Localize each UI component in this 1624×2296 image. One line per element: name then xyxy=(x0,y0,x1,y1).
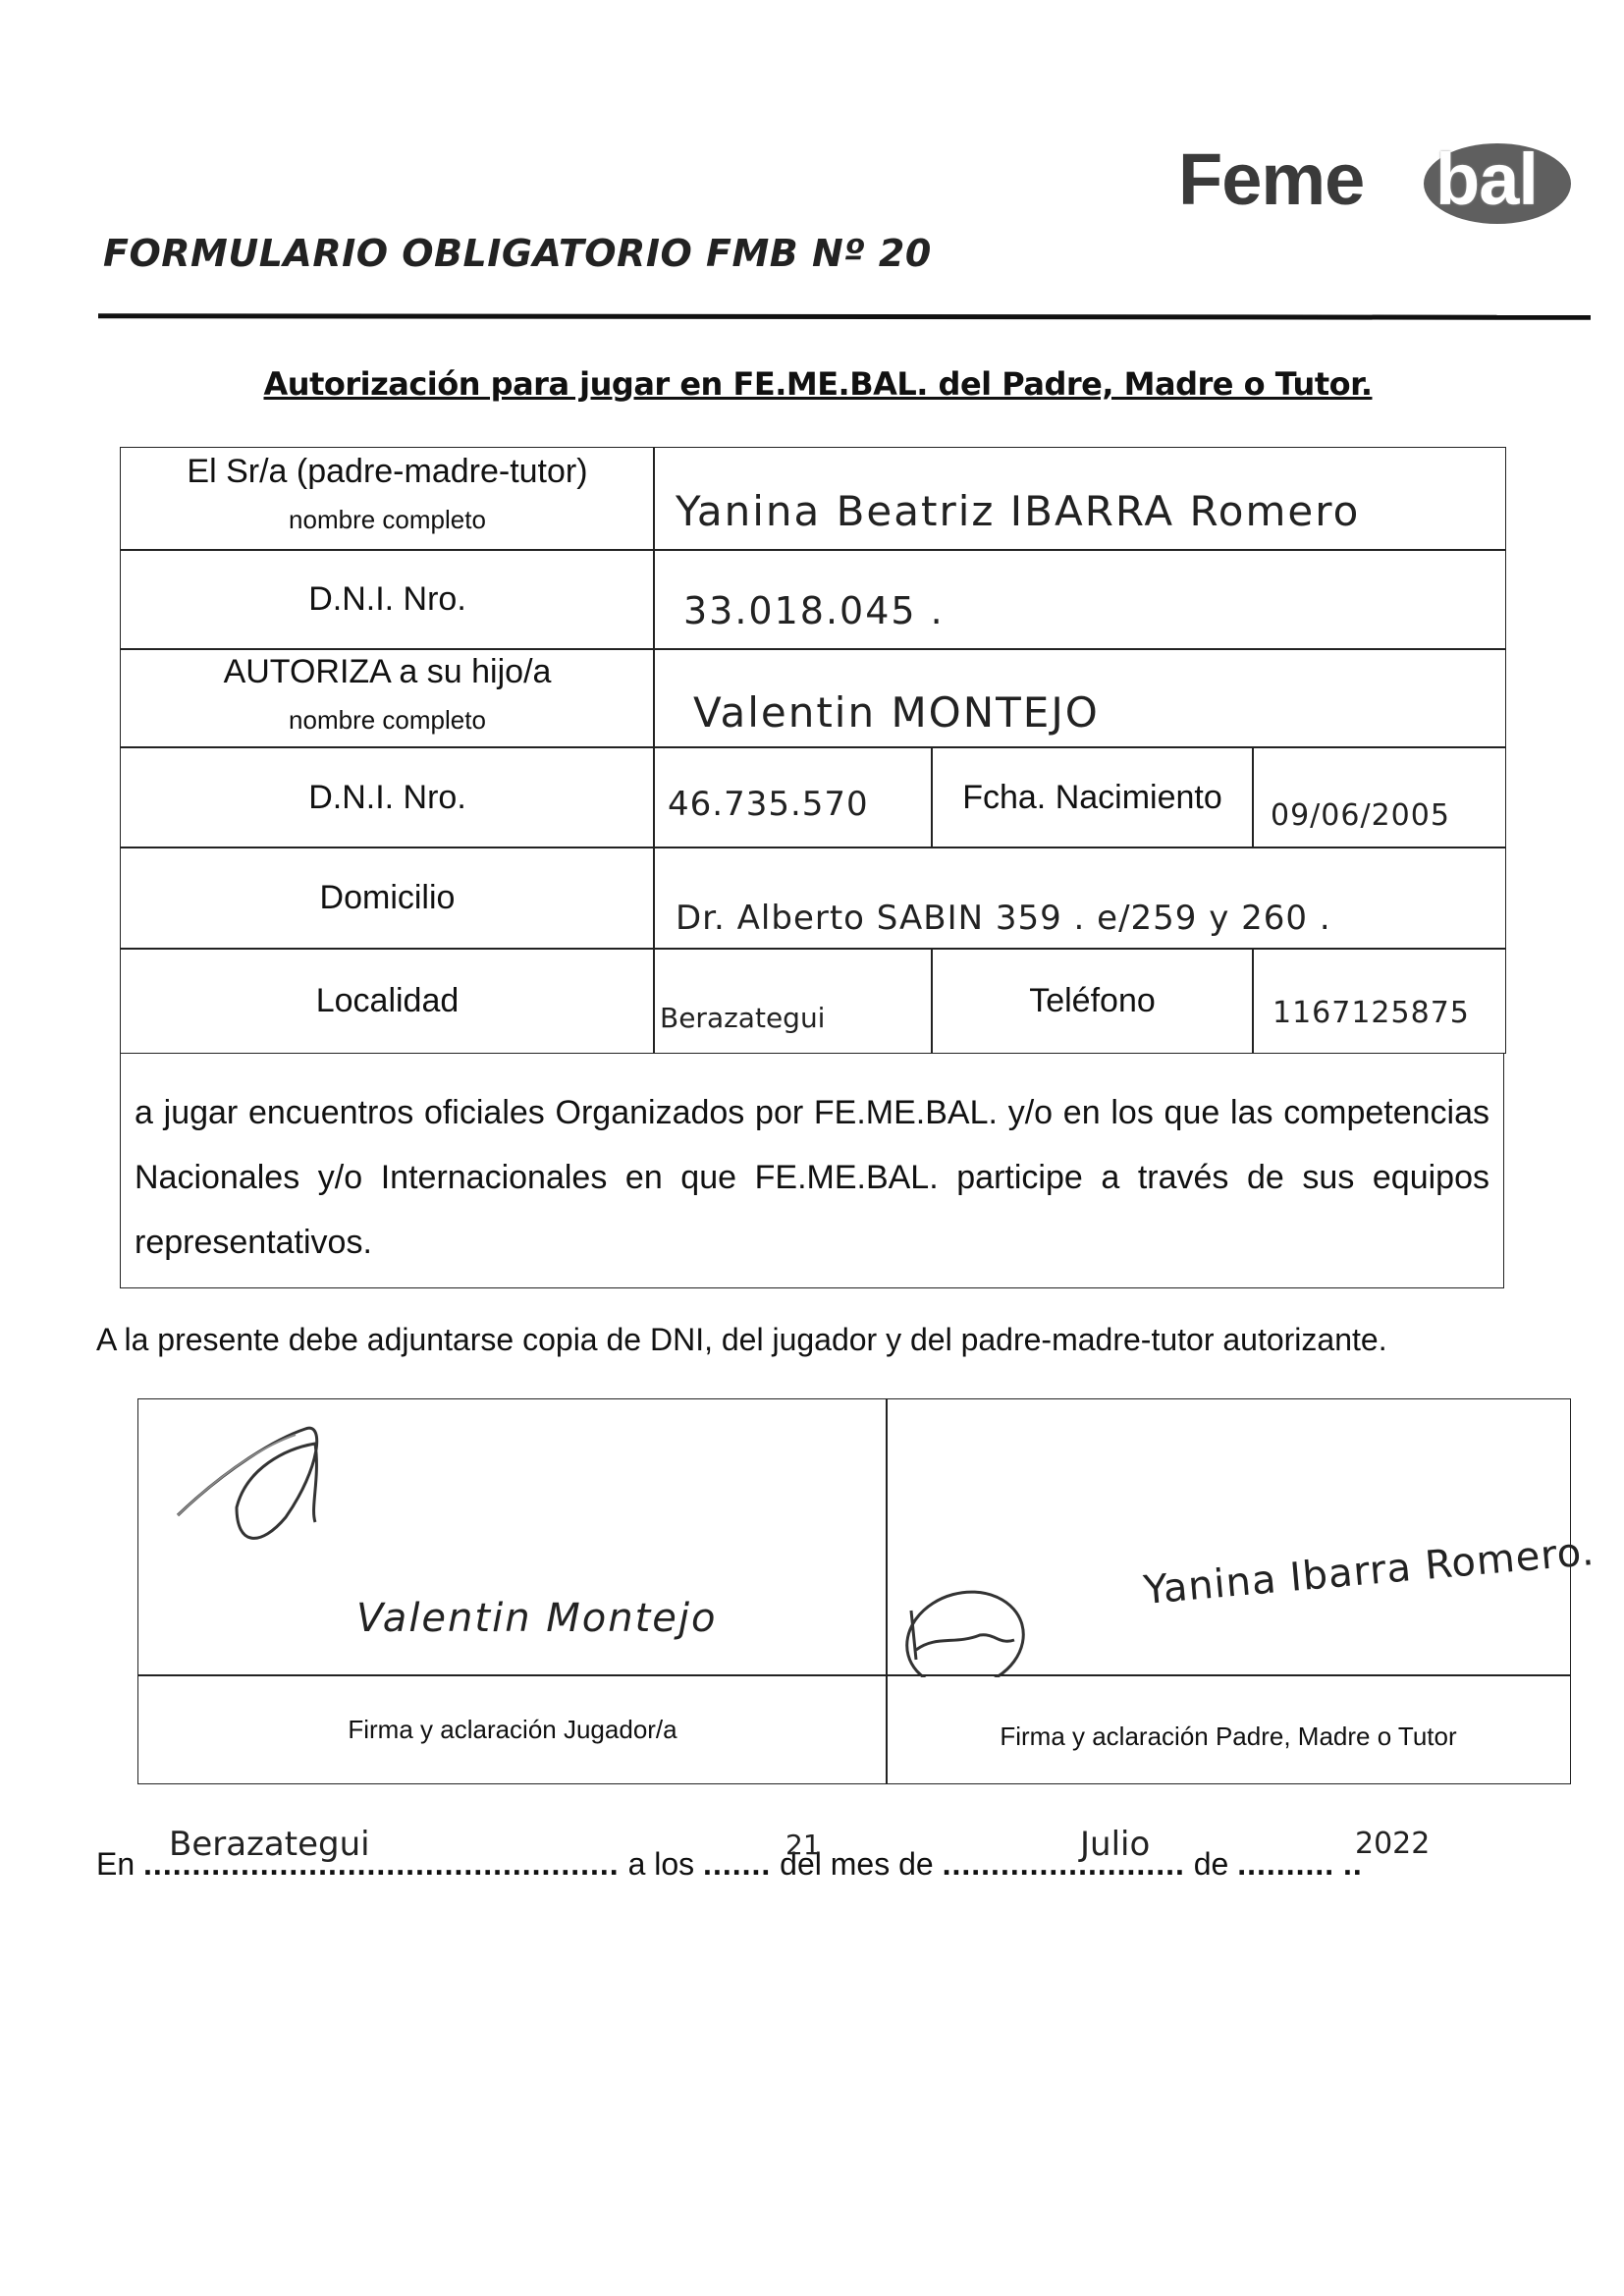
parent-signature-scribble-icon xyxy=(887,1399,1572,1677)
year-value: 2022 xyxy=(1355,1827,1430,1861)
player-signature-text: Valentin Montejo xyxy=(356,1596,717,1641)
parent-signature-field[interactable]: Yanina Ibarra Romero. xyxy=(886,1398,1571,1676)
logo-text: Feme xyxy=(1178,136,1364,224)
parent-name-field[interactable]: Yanina Beatriz IBARRA Romero xyxy=(653,447,1506,551)
parent-label: El Sr/a (padre-madre-tutor) xyxy=(187,453,587,491)
child-dni-field[interactable]: 46.735.570 xyxy=(653,746,933,848)
parent-signature-label-cell: Firma y aclaración Padre, Madre o Tutor xyxy=(886,1674,1571,1784)
birth-date-label-cell: Fcha. Nacimiento xyxy=(931,746,1254,848)
child-name-label-cell: AUTORIZA a su hijo/a nombre completo xyxy=(120,648,655,748)
child-dni-label: D.N.I. Nro. xyxy=(308,779,466,817)
parent-signature-label: Firma y aclaración Padre, Madre o Tutor xyxy=(1000,1722,1456,1752)
child-sublabel: nombre completo xyxy=(289,705,486,736)
child-name-value: Valentin MONTEJO xyxy=(693,688,1100,737)
phone-label-cell: Teléfono xyxy=(931,948,1254,1054)
year-dotted-field[interactable]: .......... xyxy=(1237,1846,1334,1882)
child-name-field[interactable]: Valentin MONTEJO xyxy=(653,648,1506,748)
birth-date-value: 09/06/2005 xyxy=(1271,798,1450,833)
form-title: FORMULARIO OBLIGATORIO FMB Nº 20 xyxy=(103,232,932,275)
femebal-logo: Feme bal xyxy=(1178,136,1581,224)
month-value: Julio xyxy=(1080,1825,1150,1864)
birth-date-label: Fcha. Nacimiento xyxy=(962,779,1222,817)
title-divider xyxy=(98,313,1591,320)
day-value: 21 xyxy=(785,1829,821,1861)
place-value: Berazategui xyxy=(169,1825,370,1864)
authorization-text: a jugar encuentros oficiales Organizados… xyxy=(120,1053,1504,1288)
child-label: AUTORIZA a su hijo/a xyxy=(224,653,552,691)
day-dotted-field[interactable]: ....... xyxy=(703,1846,771,1882)
parent-name-value: Yanina Beatriz IBARRA Romero xyxy=(676,487,1360,535)
birth-date-field[interactable]: 09/06/2005 xyxy=(1252,746,1506,848)
player-signature-label-cell: Firma y aclaración Jugador/a xyxy=(137,1674,888,1784)
attachment-note: A la presente debe adjuntarse copia de D… xyxy=(96,1322,1387,1358)
player-signature-field[interactable]: Valentin Montejo xyxy=(137,1398,888,1676)
address-label: Domicilio xyxy=(320,879,456,917)
address-value: Dr. Alberto SABIN 359 . e/259 y 260 . xyxy=(676,899,1331,938)
parent-sublabel: nombre completo xyxy=(289,505,486,535)
parent-dni-field[interactable]: 33.018.045 . xyxy=(653,549,1506,650)
parent-dni-value: 33.018.045 . xyxy=(683,589,945,632)
locality-label-cell: Localidad xyxy=(120,948,655,1054)
phone-label: Teléfono xyxy=(1029,982,1156,1020)
de-label: de xyxy=(1194,1846,1229,1882)
locality-field[interactable]: Berazategui xyxy=(653,948,933,1054)
player-signature-label: Firma y aclaración Jugador/a xyxy=(348,1715,677,1745)
parent-dni-label: D.N.I. Nro. xyxy=(308,580,466,619)
parent-name-label-cell: El Sr/a (padre-madre-tutor) nombre compl… xyxy=(120,447,655,551)
logo-text-ball: bal xyxy=(1435,136,1538,224)
child-dni-label-cell: D.N.I. Nro. xyxy=(120,746,655,848)
locality-label: Localidad xyxy=(316,982,460,1020)
parent-dni-label-cell: D.N.I. Nro. xyxy=(120,549,655,650)
address-label-cell: Domicilio xyxy=(120,847,655,950)
a-los-label: a los xyxy=(628,1846,695,1882)
phone-field[interactable]: 1167125875 xyxy=(1252,948,1506,1054)
phone-value: 1167125875 xyxy=(1272,996,1470,1030)
en-label: En xyxy=(96,1846,135,1882)
child-dni-value: 46.735.570 xyxy=(668,785,869,824)
form-subtitle: Autorización para jugar en FE.ME.BAL. de… xyxy=(0,365,1624,403)
locality-value: Berazategui xyxy=(660,1002,825,1034)
address-field[interactable]: Dr. Alberto SABIN 359 . e/259 y 260 . xyxy=(653,847,1506,950)
